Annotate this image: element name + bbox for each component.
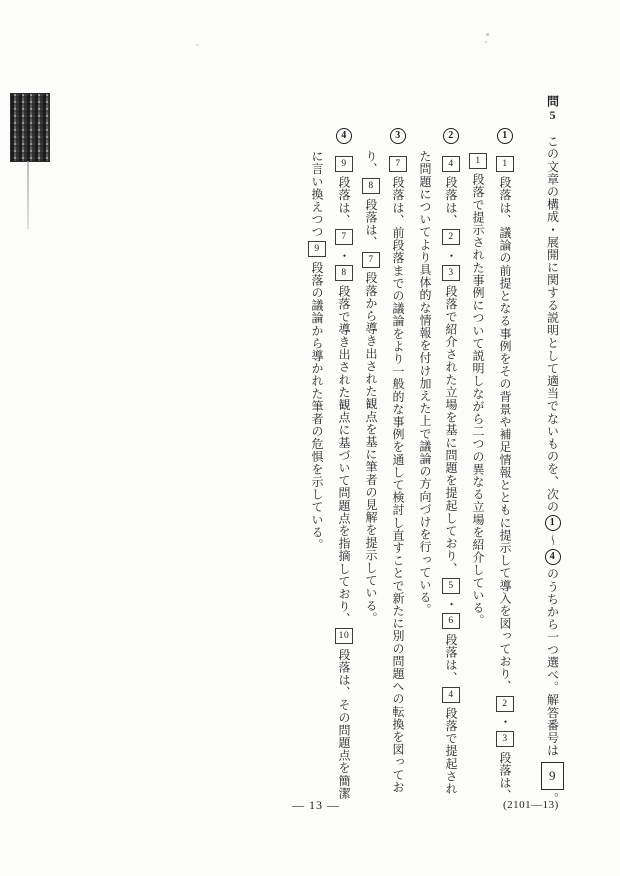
paragraph-number-box: 1 (469, 153, 487, 169)
option-2: 24段落は、2・3段落で紹介された立場を基に問題を提起しており、5・6段落は、4… (416, 128, 460, 795)
option-4-text-line-1: 9段落は、7・8段落で導き出された観点に基づいて問題点を指摘しており、10段落は… (337, 153, 351, 799)
option-1-text-line-1: 1段落は、議論の前提となる事例をその背景や補足情報とともに提示して導入を図ってお… (498, 153, 512, 802)
option-3-column-1: 37段落は、前段落までの議論をより一般的な事例を通して検討し直すことで新たに別の… (389, 128, 407, 793)
paragraph-number-box: 9 (308, 241, 326, 257)
option-1-column-2: 1段落で提示された事例について説明しながら二つの異なる立場を紹介している。 (469, 128, 487, 627)
option-3-text-line-1: 7段落は、前段落までの議論をより一般的な事例を通して検討し直すことで新たに別の問… (391, 153, 405, 793)
option-3-column-2: り、8段落は、7段落から導き出された観点を基に筆者の見解を提示している。 (362, 128, 380, 624)
option-1-text-line-2: 1段落で提示された事例について説明しながら二つの異なる立場を紹介している。 (471, 150, 485, 627)
answer-number-box: 9 (541, 762, 564, 790)
paragraph-number-box: 7 (389, 156, 407, 172)
option-3-marker: 3 (390, 128, 406, 144)
option-3-text-line-2: り、8段落は、7段落から導き出された観点を基に筆者の見解を提示している。 (364, 150, 378, 624)
exam-page: 問5この文章の構成・展開に関する説明として適当でないものを、次の1～4のうちから… (0, 0, 620, 876)
option-2-marker: 2 (443, 128, 459, 144)
paragraph-number-box: 4 (442, 156, 460, 172)
scan-speck (485, 41, 487, 43)
option-2-column-1: 24段落は、2・3段落で紹介された立場を基に問題を提起しており、5・6段落は、4… (442, 128, 460, 795)
option-4-text-line-2: に言い換えつつ9段落の議論から導かれた筆者の危惧を示している。 (310, 150, 324, 551)
paragraph-number-box: 1 (496, 156, 514, 172)
circled-number: 4 (545, 549, 561, 565)
option-2-column-2: た問題についてより具体的な情報を付け加えた上で議論の方向づけを行っている。 (416, 128, 433, 616)
option-1-column-1: 11段落は、議論の前提となる事例をその背景や補足情報とともに提示して導入を図って… (496, 128, 514, 802)
option-4-marker: 4 (336, 128, 352, 144)
paragraph-number-box: 9 (335, 156, 353, 172)
question-number-label: 問5 (544, 95, 561, 123)
paragraph-number-box: 2 (442, 229, 460, 245)
circled-number: 1 (545, 515, 561, 531)
option-4-column-2: に言い換えつつ9段落の議論から導かれた筆者の危惧を示している。 (308, 128, 326, 551)
option-2-text-line-2: た問題についてより具体的な情報を付け加えた上で議論の方向づけを行っている。 (418, 150, 432, 616)
scan-speck (196, 44, 199, 46)
page-number: — 13 — (292, 798, 340, 813)
option-3: 37段落は、前段落までの議論をより一般的な事例を通して検討し直すことで新たに別の… (362, 128, 407, 793)
paragraph-number-box: 3 (496, 731, 514, 747)
scan-speck (486, 33, 489, 36)
scan-artifact-line (27, 161, 29, 229)
paragraph-number-box: 5 (442, 578, 460, 594)
option-4-column-1: 49段落は、7・8段落で導き出された観点に基づいて問題点を指摘しており、10段落… (335, 128, 353, 799)
paragraph-number-box: 2 (496, 696, 514, 712)
paragraph-number-box: 6 (442, 613, 460, 629)
options-group: 11段落は、議論の前提となる事例をその背景や補足情報とともに提示して導入を図って… (308, 128, 514, 802)
option-1: 11段落は、議論の前提となる事例をその背景や補足情報とともに提示して導入を図って… (469, 128, 514, 802)
paragraph-number-box: 10 (335, 628, 353, 644)
print-code: (2101—13) (503, 799, 559, 811)
option-1-marker: 1 (497, 128, 513, 144)
paragraph-number-box: 7 (335, 229, 353, 245)
paragraph-number-box: 3 (442, 265, 460, 281)
paragraph-number-box: 4 (442, 687, 460, 703)
scan-artifact-block (10, 93, 50, 162)
paragraph-number-box: 8 (335, 265, 353, 281)
option-2-text-line-1: 4段落は、2・3段落で紹介された立場を基に問題を提起しており、5・6段落は、4段… (444, 153, 458, 795)
option-4: 49段落は、7・8段落で導き出された観点に基づいて問題点を指摘しており、10段落… (308, 128, 353, 799)
question-text: この文章の構成・展開に関する説明として適当でないものを、次の1～4のうちから一つ… (546, 135, 560, 805)
question-column: 問5この文章の構成・展開に関する説明として適当でないものを、次の1～4のうちから… (541, 95, 564, 805)
paragraph-number-box: 7 (362, 252, 380, 268)
paragraph-number-box: 8 (362, 178, 380, 194)
